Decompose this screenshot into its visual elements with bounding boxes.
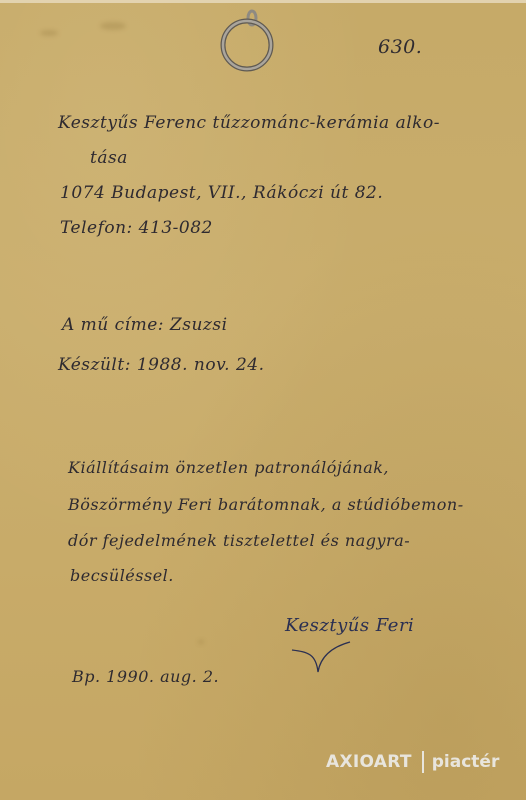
dedication-line: becsüléssel. (70, 566, 174, 585)
signature-flourish-icon (288, 640, 358, 675)
address: 1074 Budapest, VII., Rákóczi út 82. (60, 183, 383, 203)
card-top-edge (0, 0, 526, 3)
watermark-market: piactér (432, 752, 500, 772)
watermark-separator (422, 751, 424, 773)
signature: Kesztyűs Feri (285, 615, 414, 636)
phone: Telefon: 413-082 (60, 218, 213, 238)
dedication-line: dór fejedelmének tisztelettel és nagyra- (68, 531, 410, 550)
catalog-number: 630. (378, 36, 422, 58)
artwork-back-label: 630. Kesztyűs Ferenc tűzzománc-kerámia a… (0, 0, 526, 800)
stain (40, 30, 58, 36)
stain (198, 640, 204, 644)
metal-ring-icon (219, 8, 277, 74)
stain (100, 22, 126, 30)
artwork-title: A mű címe: Zsuzsi (62, 315, 228, 335)
watermark-brand: AXIOART (326, 752, 412, 772)
dedication-line: Kiállításaim önzetlen patronálójának, (68, 458, 389, 477)
artist-line-2: tása (90, 148, 128, 168)
place-date: Bp. 1990. aug. 2. (72, 667, 219, 686)
made-date: Készült: 1988. nov. 24. (58, 355, 265, 375)
artist-line-1: Kesztyűs Ferenc tűzzománc-kerámia alko- (58, 113, 440, 133)
watermark-logo: AXIOART piactér (326, 749, 499, 775)
dedication-line: Böszörmény Feri barátomnak, a stúdióbemo… (68, 495, 464, 514)
